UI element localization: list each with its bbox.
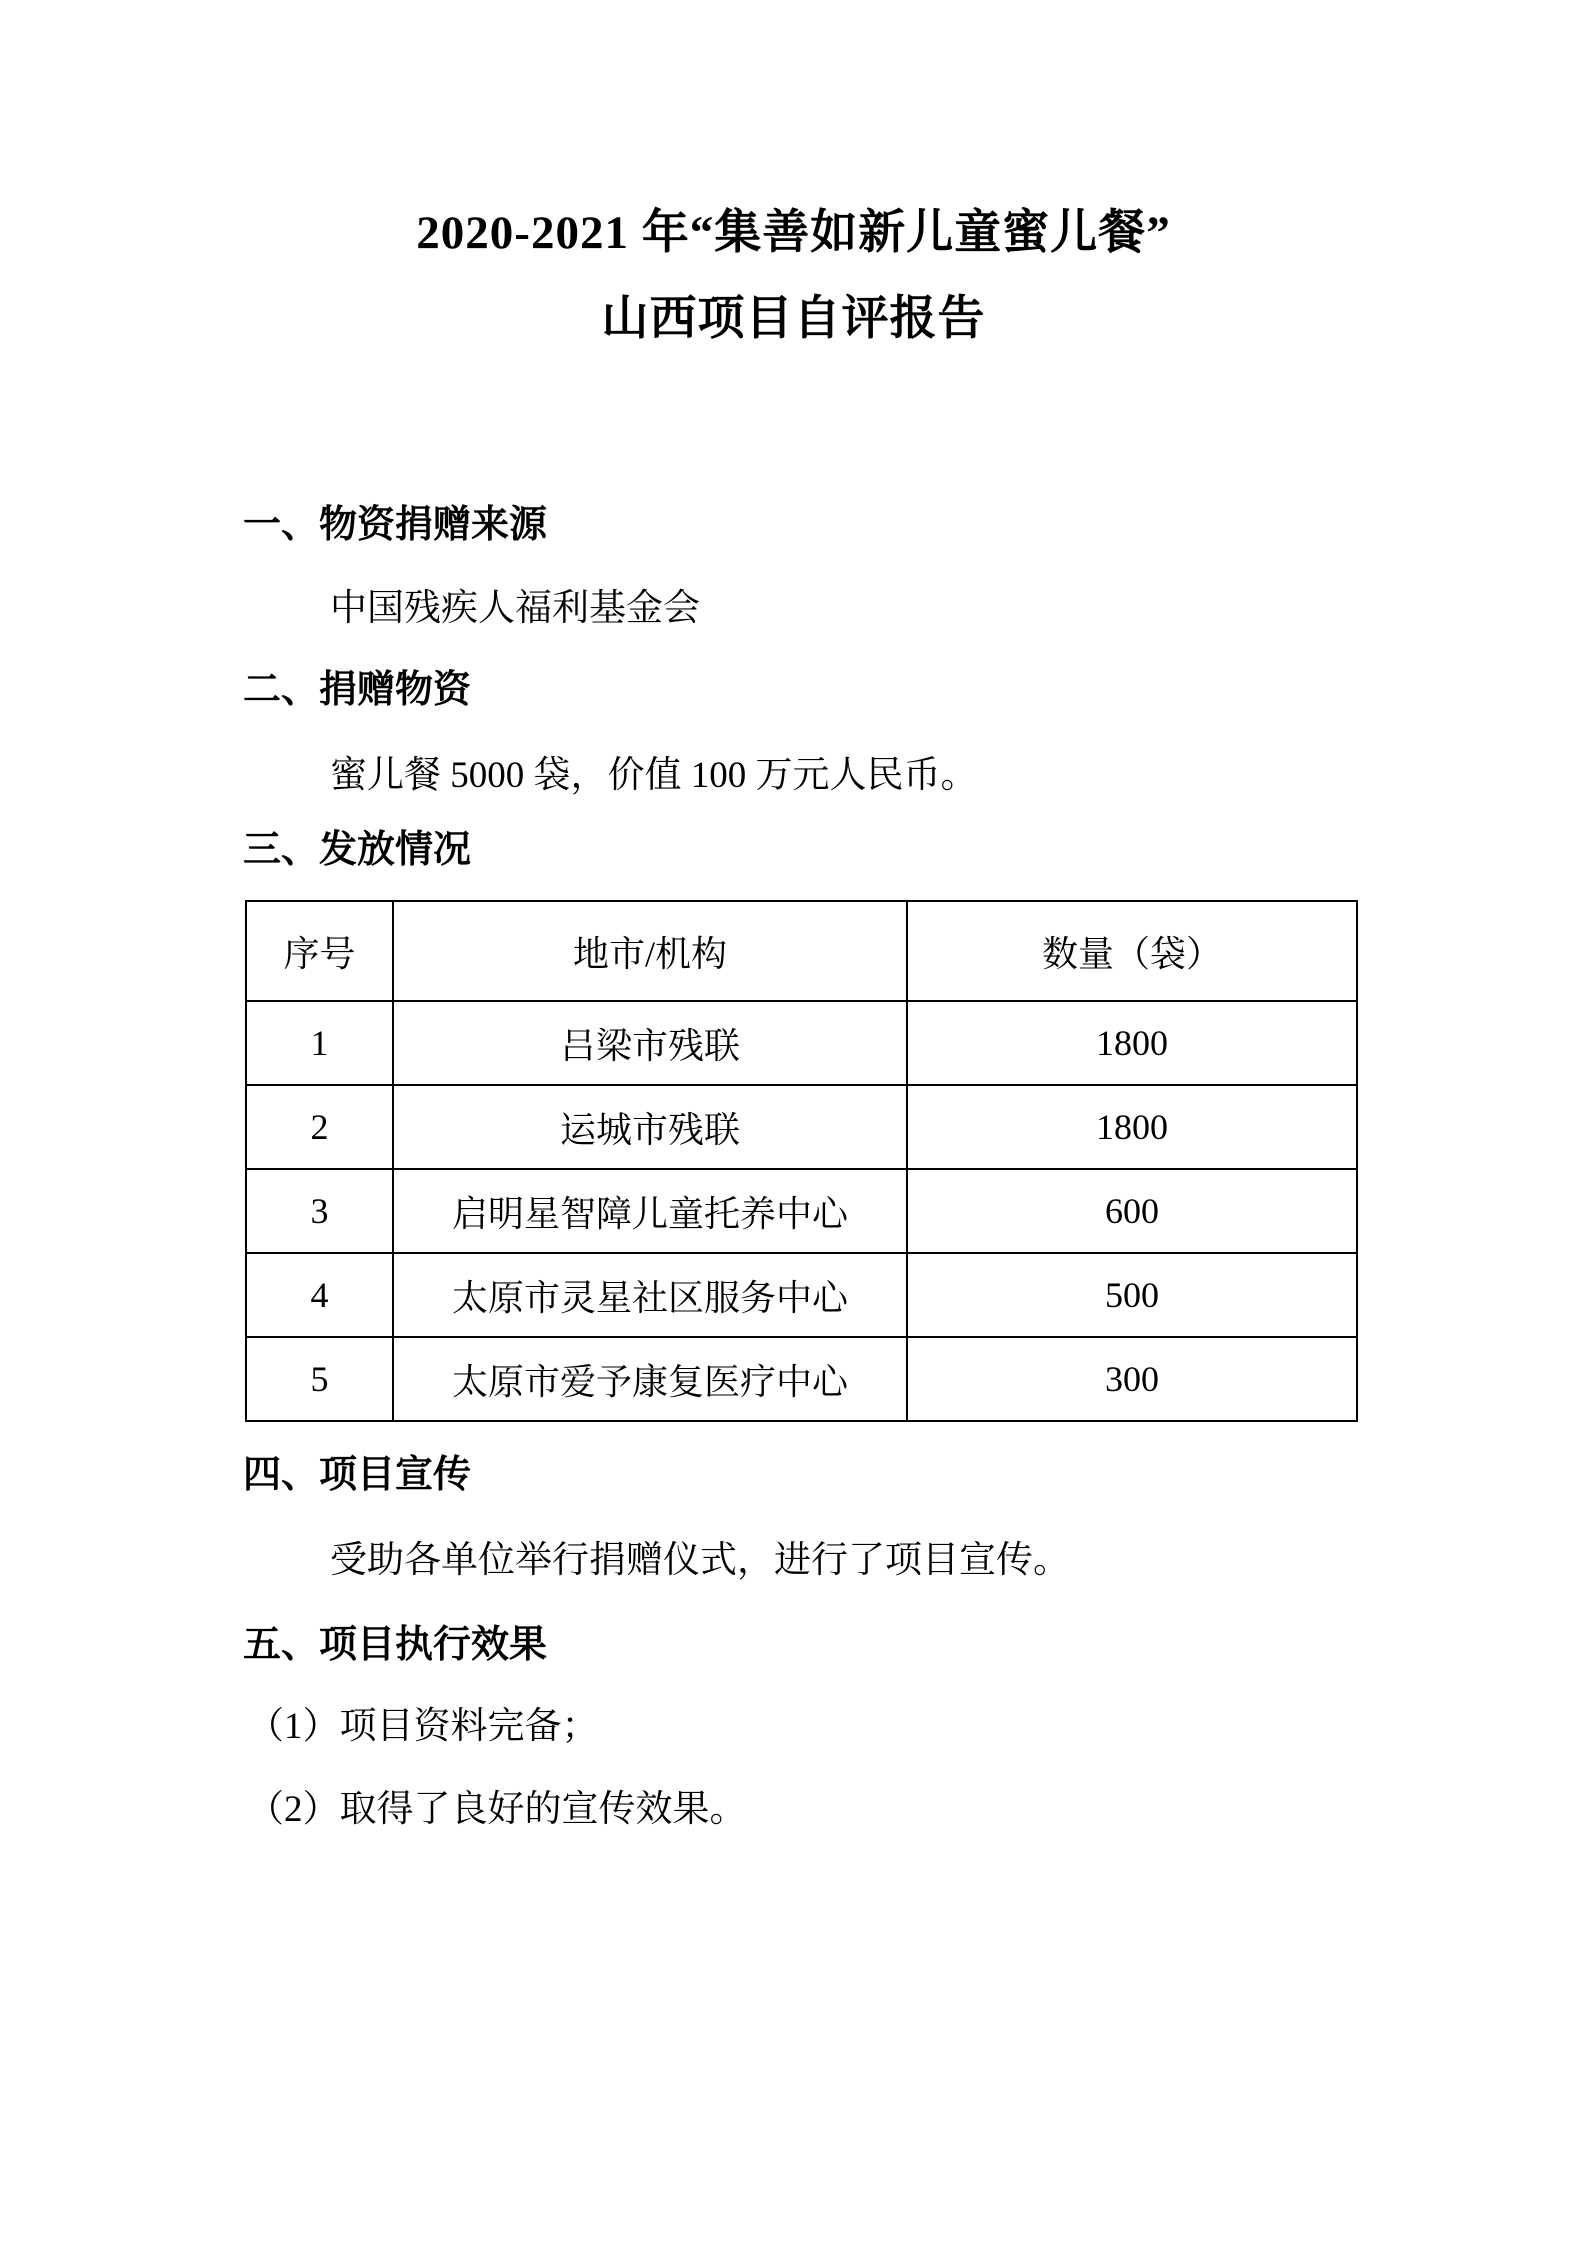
section-5-item-1: （1）项目资料完备；: [247, 1701, 599, 1753]
row-3-index: 3: [246, 1169, 393, 1253]
section-5-item-2: （2）取得了良好的宣传效果。: [247, 1784, 747, 1836]
row-1-org: 吕梁市残联: [393, 1001, 907, 1085]
table-row: 4 太原市灵星社区服务中心 500: [246, 1253, 1357, 1337]
title-line-2: 山西项目自评报告: [0, 276, 1587, 362]
row-2-quantity: 1800: [907, 1085, 1357, 1169]
section-1-heading: 一、物资捐赠来源: [243, 499, 547, 551]
row-5-quantity: 300: [907, 1337, 1357, 1421]
distribution-table: 序号 地市/机构 数量（袋） 1 吕梁市残联 1800 2 运城市残联 1800…: [245, 900, 1358, 1422]
row-4-org: 太原市灵星社区服务中心: [393, 1253, 907, 1337]
col-header-org: 地市/机构: [393, 901, 907, 1001]
row-1-quantity: 1800: [907, 1001, 1357, 1085]
row-5-index: 5: [246, 1337, 393, 1421]
table-row: 2 运城市残联 1800: [246, 1085, 1357, 1169]
table-row: 5 太原市爱予康复医疗中心 300: [246, 1337, 1357, 1421]
section-2-heading: 二、捐赠物资: [243, 664, 471, 716]
table-header-row: 序号 地市/机构 数量（袋）: [246, 901, 1357, 1001]
table-row: 1 吕梁市残联 1800: [246, 1001, 1357, 1085]
section-2-body: 蜜儿餐 5000 袋，价值 100 万元人民币。: [330, 750, 978, 802]
row-3-org: 启明星智障儿童托养中心: [393, 1169, 907, 1253]
col-header-index: 序号: [246, 901, 393, 1001]
row-4-quantity: 500: [907, 1253, 1357, 1337]
section-1-body: 中国残疾人福利基金会: [330, 583, 700, 635]
title-line-1: 2020-2021 年“集善如新儿童蜜儿餐”: [0, 190, 1587, 276]
section-3-heading: 三、发放情况: [243, 824, 471, 876]
row-2-org: 运城市残联: [393, 1085, 907, 1169]
document-title: 2020-2021 年“集善如新儿童蜜儿餐” 山西项目自评报告: [0, 190, 1587, 362]
section-4-heading: 四、项目宣传: [243, 1449, 471, 1501]
row-4-index: 4: [246, 1253, 393, 1337]
section-5-heading: 五、项目执行效果: [243, 1619, 547, 1671]
row-1-index: 1: [246, 1001, 393, 1085]
row-5-org: 太原市爱予康复医疗中心: [393, 1337, 907, 1421]
col-header-quantity: 数量（袋）: [907, 901, 1357, 1001]
section-4-body: 受助各单位举行捐赠仪式，进行了项目宣传。: [330, 1535, 1070, 1587]
row-2-index: 2: [246, 1085, 393, 1169]
table-row: 3 启明星智障儿童托养中心 600: [246, 1169, 1357, 1253]
row-3-quantity: 600: [907, 1169, 1357, 1253]
document-page: 2020-2021 年“集善如新儿童蜜儿餐” 山西项目自评报告 一、物资捐赠来源…: [0, 0, 1587, 2245]
